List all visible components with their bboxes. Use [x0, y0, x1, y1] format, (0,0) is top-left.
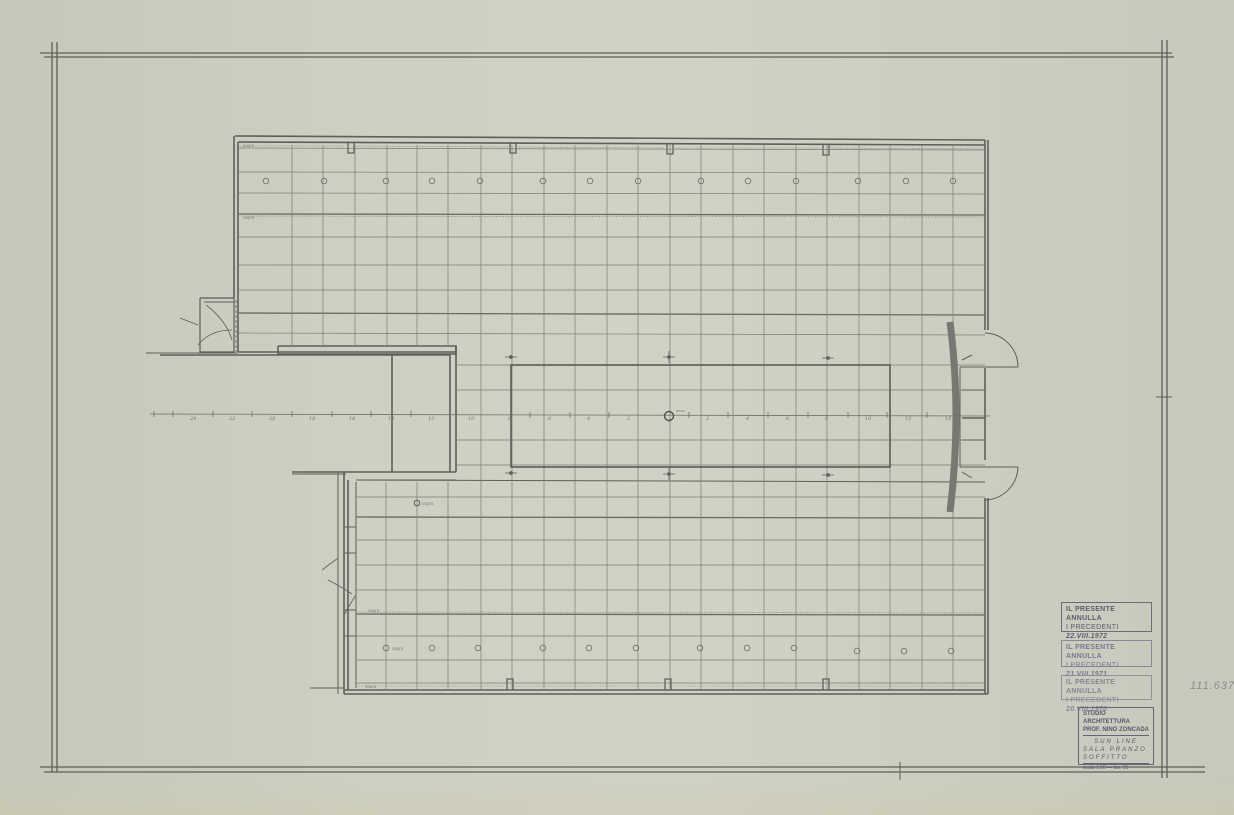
title-block: STUDIO ARCHITETTURAPROF. NINO ZONCADA SU… [1078, 707, 1154, 765]
svg-text:sopra: sopra [392, 646, 404, 651]
scale-sheet-number: scala 1:50 — tav. 15 [1083, 763, 1149, 772]
svg-text:sopra: sopra [365, 684, 377, 689]
right-doors [960, 333, 1018, 500]
top-band-verticals [292, 145, 953, 480]
sheet-border [40, 40, 1205, 780]
svg-text:24: 24 [189, 416, 196, 422]
svg-text:8: 8 [825, 416, 828, 422]
stamp-line-1: IL PRESENTE ANNULLA [1066, 678, 1147, 696]
svg-text:10: 10 [468, 416, 475, 422]
archive-number: 111.637 [1190, 680, 1234, 692]
ceiling-plan-drawing: 2422 2018 1614 1210 86 42 asse 24 68 101… [0, 0, 1234, 815]
svg-text:4: 4 [586, 416, 590, 422]
svg-text:6: 6 [548, 416, 552, 422]
revision-stamp-3: IL PRESENTE ANNULLA I PRECEDENTI 20.VIII… [1061, 675, 1152, 700]
svg-text:6: 6 [786, 416, 790, 422]
svg-text:asse: asse [676, 408, 685, 413]
subject-line-1: SALA PRANZO [1083, 746, 1149, 754]
svg-text:8: 8 [508, 416, 511, 422]
svg-text:2: 2 [705, 416, 709, 422]
svg-text:10: 10 [865, 416, 872, 422]
svg-text:2: 2 [626, 416, 630, 422]
subject-line-2: SOFFITTO [1083, 754, 1149, 762]
svg-text:20: 20 [268, 416, 276, 422]
svg-text:12: 12 [428, 416, 434, 422]
firm-name: STUDIO ARCHITETTURAPROF. NINO ZONCADA [1083, 710, 1149, 736]
svg-text:16: 16 [349, 416, 356, 422]
svg-text:18: 18 [309, 416, 315, 422]
svg-text:4: 4 [745, 416, 749, 422]
svg-text:sopra: sopra [368, 608, 380, 613]
stamp-line-1: IL PRESENTE ANNULLA [1066, 605, 1147, 623]
lower-band-grid [356, 480, 985, 690]
stamp-line-1: IL PRESENTE ANNULLA [1066, 643, 1147, 661]
stamp-line-2: I PRECEDENTI 22.VIII.1972 [1066, 623, 1147, 641]
center-mark-icon [665, 412, 674, 421]
svg-text:12: 12 [905, 416, 911, 422]
top-band-grid [238, 148, 985, 335]
svg-text:sopra: sopra [243, 215, 255, 220]
light-fixtures-bottom [383, 645, 954, 654]
svg-text:sopra: sopra [243, 143, 255, 148]
light-fixtures-top [263, 178, 956, 184]
project-name: SUN LINE [1083, 738, 1149, 746]
svg-text:22: 22 [228, 416, 235, 422]
svg-text:14: 14 [388, 416, 394, 422]
revision-stamp-1: IL PRESENTE ANNULLA I PRECEDENTI 22.VIII… [1061, 602, 1152, 632]
svg-text:sopra: sopra [422, 501, 434, 506]
revision-stamp-2: IL PRESENTE ANNULLA I PRECEDENTI 21.VIII… [1061, 640, 1152, 667]
svg-text:14: 14 [945, 416, 951, 422]
